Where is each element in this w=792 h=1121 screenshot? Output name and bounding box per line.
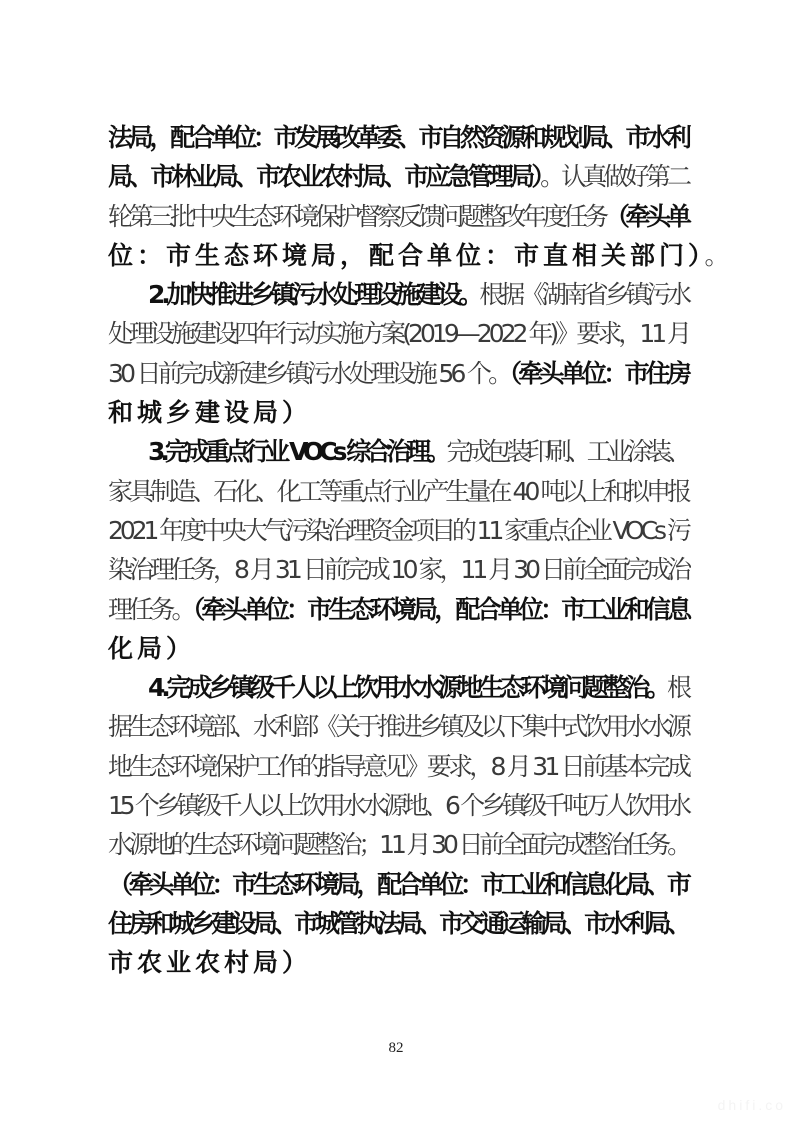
bold-text-segment: 3.完成重点行业 VOCs 综合治理。: [148, 437, 446, 466]
text-segment: 据生态环境部、水利部《关于推进乡镇及以下集中式饮用水水源: [108, 712, 688, 741]
text-segment: 2021 年度中央大气污染治理资金项目的 11 家重点企业 VOCs 污: [108, 516, 688, 545]
bold-text-segment: （牵头单位：市生态环境局，配合单位：市工业和信息化局、市: [108, 870, 688, 899]
text-segment: 染治理任务，8 月 31 日前完成 10 家，11 月 30 日前全面完成治: [108, 555, 688, 584]
text-line: 处理设施建设四年行动实施方案(2019—2022 年)》要求，11 月: [108, 314, 692, 353]
text-line: 染治理任务，8 月 31 日前完成 10 家，11 月 30 日前全面完成治: [108, 550, 692, 589]
text-line: 15 个乡镇级千人以上饮用水水源地、6 个乡镇级千吨万人饮用水: [108, 786, 692, 825]
text-line: 2.加快推进乡镇污水处理设施建设。根据《湖南省乡镇污水: [108, 275, 692, 314]
text-line: 水源地的生态环境问题整治；11 月 30 日前全面完成整治任务。: [108, 825, 692, 864]
text-segment: 完成包装印刷、工业涂装、: [446, 437, 686, 466]
text-line: 局、市林业局、市农业农村局、市应急管理局）。认真做好第二: [108, 157, 692, 196]
bold-text-segment: 局、市林业局、市农业农村局、市应急管理局）: [108, 162, 540, 191]
text-segment: 处理设施建设四年行动实施方案(2019—2022 年)》要求，11 月: [108, 319, 688, 348]
bold-text-segment: 住房和城乡建设局、市城管执法局、市交通运输局、市水利局、: [108, 909, 688, 938]
text-line: 化局）: [108, 629, 692, 668]
bold-text-segment: （牵头单: [605, 202, 688, 231]
text-line: 据生态环境部、水利部《关于推进乡镇及以下集中式饮用水水源: [108, 707, 692, 746]
bold-text-segment: 和城乡建设局）: [108, 398, 311, 427]
text-segment: 根: [667, 673, 688, 702]
text-line: 和城乡建设局）: [108, 393, 692, 432]
bold-text-segment: 位：市生态环境局，配合单位：市直相关部门）: [108, 241, 705, 270]
text-line: 30 日前完成新建乡镇污水处理设施 56 个。（牵头单位：市住房: [108, 354, 692, 393]
text-line: 法局，配合单位：市发展改革委、市自然资源和规划局、市水利: [108, 118, 692, 157]
text-line: （牵头单位：市生态环境局，配合单位：市工业和信息化局、市: [108, 865, 692, 904]
text-line: 2021 年度中央大气污染治理资金项目的 11 家重点企业 VOCs 污: [108, 511, 692, 550]
page-number: 82: [0, 1040, 792, 1057]
text-segment: 家具制造、石化、化工等重点行业产生量在 40 吨以上和拟申报: [108, 477, 688, 506]
text-line: 4.完成乡镇级千人以上饮用水水源地生态环境问题整治。根: [108, 668, 692, 707]
text-segment: 地生态环境保护工作的指导意见》要求，8 月 31 日前基本完成: [108, 752, 688, 781]
text-segment: 水源地的生态环境问题整治；11 月 30 日前全面完成整治任务。: [108, 830, 688, 859]
text-line: 轮第三批中央生态环境保护督察反馈问题整改年度任务（牵头单: [108, 197, 692, 236]
text-line: 位：市生态环境局，配合单位：市直相关部门）。: [108, 236, 692, 275]
text-segment: 。: [705, 241, 734, 270]
text-line: 住房和城乡建设局、市城管执法局、市交通运输局、市水利局、: [108, 904, 692, 943]
bold-text-segment: （牵头单位：市住房: [509, 359, 688, 388]
text-line: 理任务。（牵头单位：市生态环境局，配合单位：市工业和信息: [108, 590, 692, 629]
text-segment: 30 日前完成新建乡镇污水处理设施 56 个。: [108, 359, 509, 388]
bold-text-segment: （牵头单位：市生态环境局，配合单位：市工业和信息: [193, 595, 689, 624]
text-line: 地生态环境保护工作的指导意见》要求，8 月 31 日前基本完成: [108, 747, 692, 786]
text-segment: 。认真做好第二: [540, 162, 688, 191]
watermark: dhifi.co: [718, 1097, 786, 1113]
text-line: 市农业农村局）: [108, 943, 692, 982]
bold-text-segment: 4.完成乡镇级千人以上饮用水水源地生态环境问题整治。: [148, 673, 667, 702]
text-line: 3.完成重点行业 VOCs 综合治理。完成包装印刷、工业涂装、: [108, 432, 692, 471]
text-segment: 理任务。: [108, 595, 193, 624]
text-segment: 轮第三批中央生态环境保护督察反馈问题整改年度任务: [108, 202, 605, 231]
bold-text-segment: 化局）: [108, 634, 195, 663]
bold-text-segment: 法局，配合单位：市发展改革委、市自然资源和规划局、市水利: [108, 123, 688, 152]
text-line: 家具制造、石化、化工等重点行业产生量在 40 吨以上和拟申报: [108, 472, 692, 511]
bold-text-segment: 2.加快推进乡镇污水处理设施建设。: [148, 280, 479, 309]
text-segment: 根据《湖南省乡镇污水: [479, 280, 688, 309]
bold-text-segment: 市农业农村局）: [108, 948, 311, 977]
document-page: 法局，配合单位：市发展改革委、市自然资源和规划局、市水利局、市林业局、市农业农村…: [0, 0, 792, 1121]
document-body: 法局，配合单位：市发展改革委、市自然资源和规划局、市水利局、市林业局、市农业农村…: [108, 118, 692, 983]
text-segment: 15 个乡镇级千人以上饮用水水源地、6 个乡镇级千吨万人饮用水: [108, 791, 688, 820]
